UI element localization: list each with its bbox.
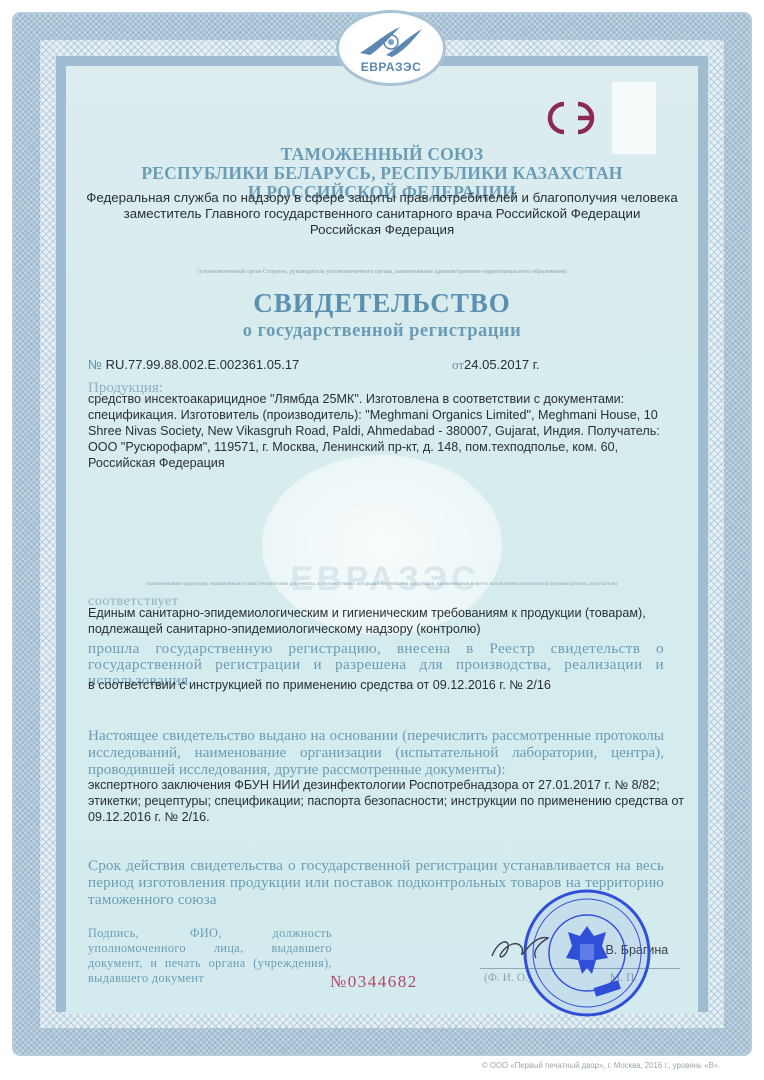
issuing-agency: Федеральная служба по надзору в сфере за… xyxy=(66,190,698,238)
date-prefix: от xyxy=(452,357,464,372)
agency-line-3: Российская Федерация xyxy=(66,222,698,238)
logo-text: ЕВРАЗЭС xyxy=(361,60,422,74)
basis-text: Настоящее свидетельство выдано на основа… xyxy=(88,727,664,778)
signature-caption: Подпись, ФИО, должность уполномоченного … xyxy=(88,926,332,986)
certificate-date: от24.05.2017 г. xyxy=(452,357,539,373)
registration-usage: в соответствии с инструкцией по применен… xyxy=(88,678,551,692)
compliance-text: Единым санитарно-эпидемиологическим и ги… xyxy=(88,605,688,637)
union-line-2: РЕСПУБЛИКИ БЕЛАРУСЬ, РЕСПУБЛИКИ КАЗАХСТА… xyxy=(66,164,698,183)
number-prefix: № xyxy=(88,357,102,372)
basis-documents: экспертного заключения ФБУН НИИ дезинфек… xyxy=(88,777,688,825)
watermark-text: ЕВРАЗЭС xyxy=(290,560,480,599)
eurasec-logo: ЕВРАЗЭС xyxy=(336,10,446,86)
agency-line-1: Федеральная служба по надзору в сфере за… xyxy=(66,190,698,206)
certificate-number: № RU.77.99.88.002.E.002361.05.17 xyxy=(88,357,299,372)
union-line-1: ТАМОЖЕННЫЙ СОЮЗ xyxy=(66,145,698,164)
handwritten-signature-icon xyxy=(488,930,558,965)
document-subtitle: о государственной регистрации xyxy=(66,321,698,342)
product-description: средство инсектоакарицидное "Лямбда 25МК… xyxy=(88,391,688,471)
product-caption: (наименование продукции, нормативные и (… xyxy=(66,581,698,587)
conformity-mark-icon xyxy=(538,98,608,138)
eurasec-emblem-icon xyxy=(356,23,426,59)
date-value: 24.05.2017 г. xyxy=(464,357,539,372)
agency-caption: (уполномоченный орган Стороны, руководит… xyxy=(66,268,698,275)
number-value: RU.77.99.88.002.E.002361.05.17 xyxy=(106,357,300,372)
hologram-patch xyxy=(612,82,656,154)
serial-number: №0344682 xyxy=(330,972,418,992)
printer-imprint: © ООО «Первый печатный двор», г. Москва,… xyxy=(482,1061,720,1070)
agency-line-2: заместитель Главного государственного са… xyxy=(66,206,698,222)
document-title: СВИДЕТЕЛЬСТВО xyxy=(66,288,698,319)
